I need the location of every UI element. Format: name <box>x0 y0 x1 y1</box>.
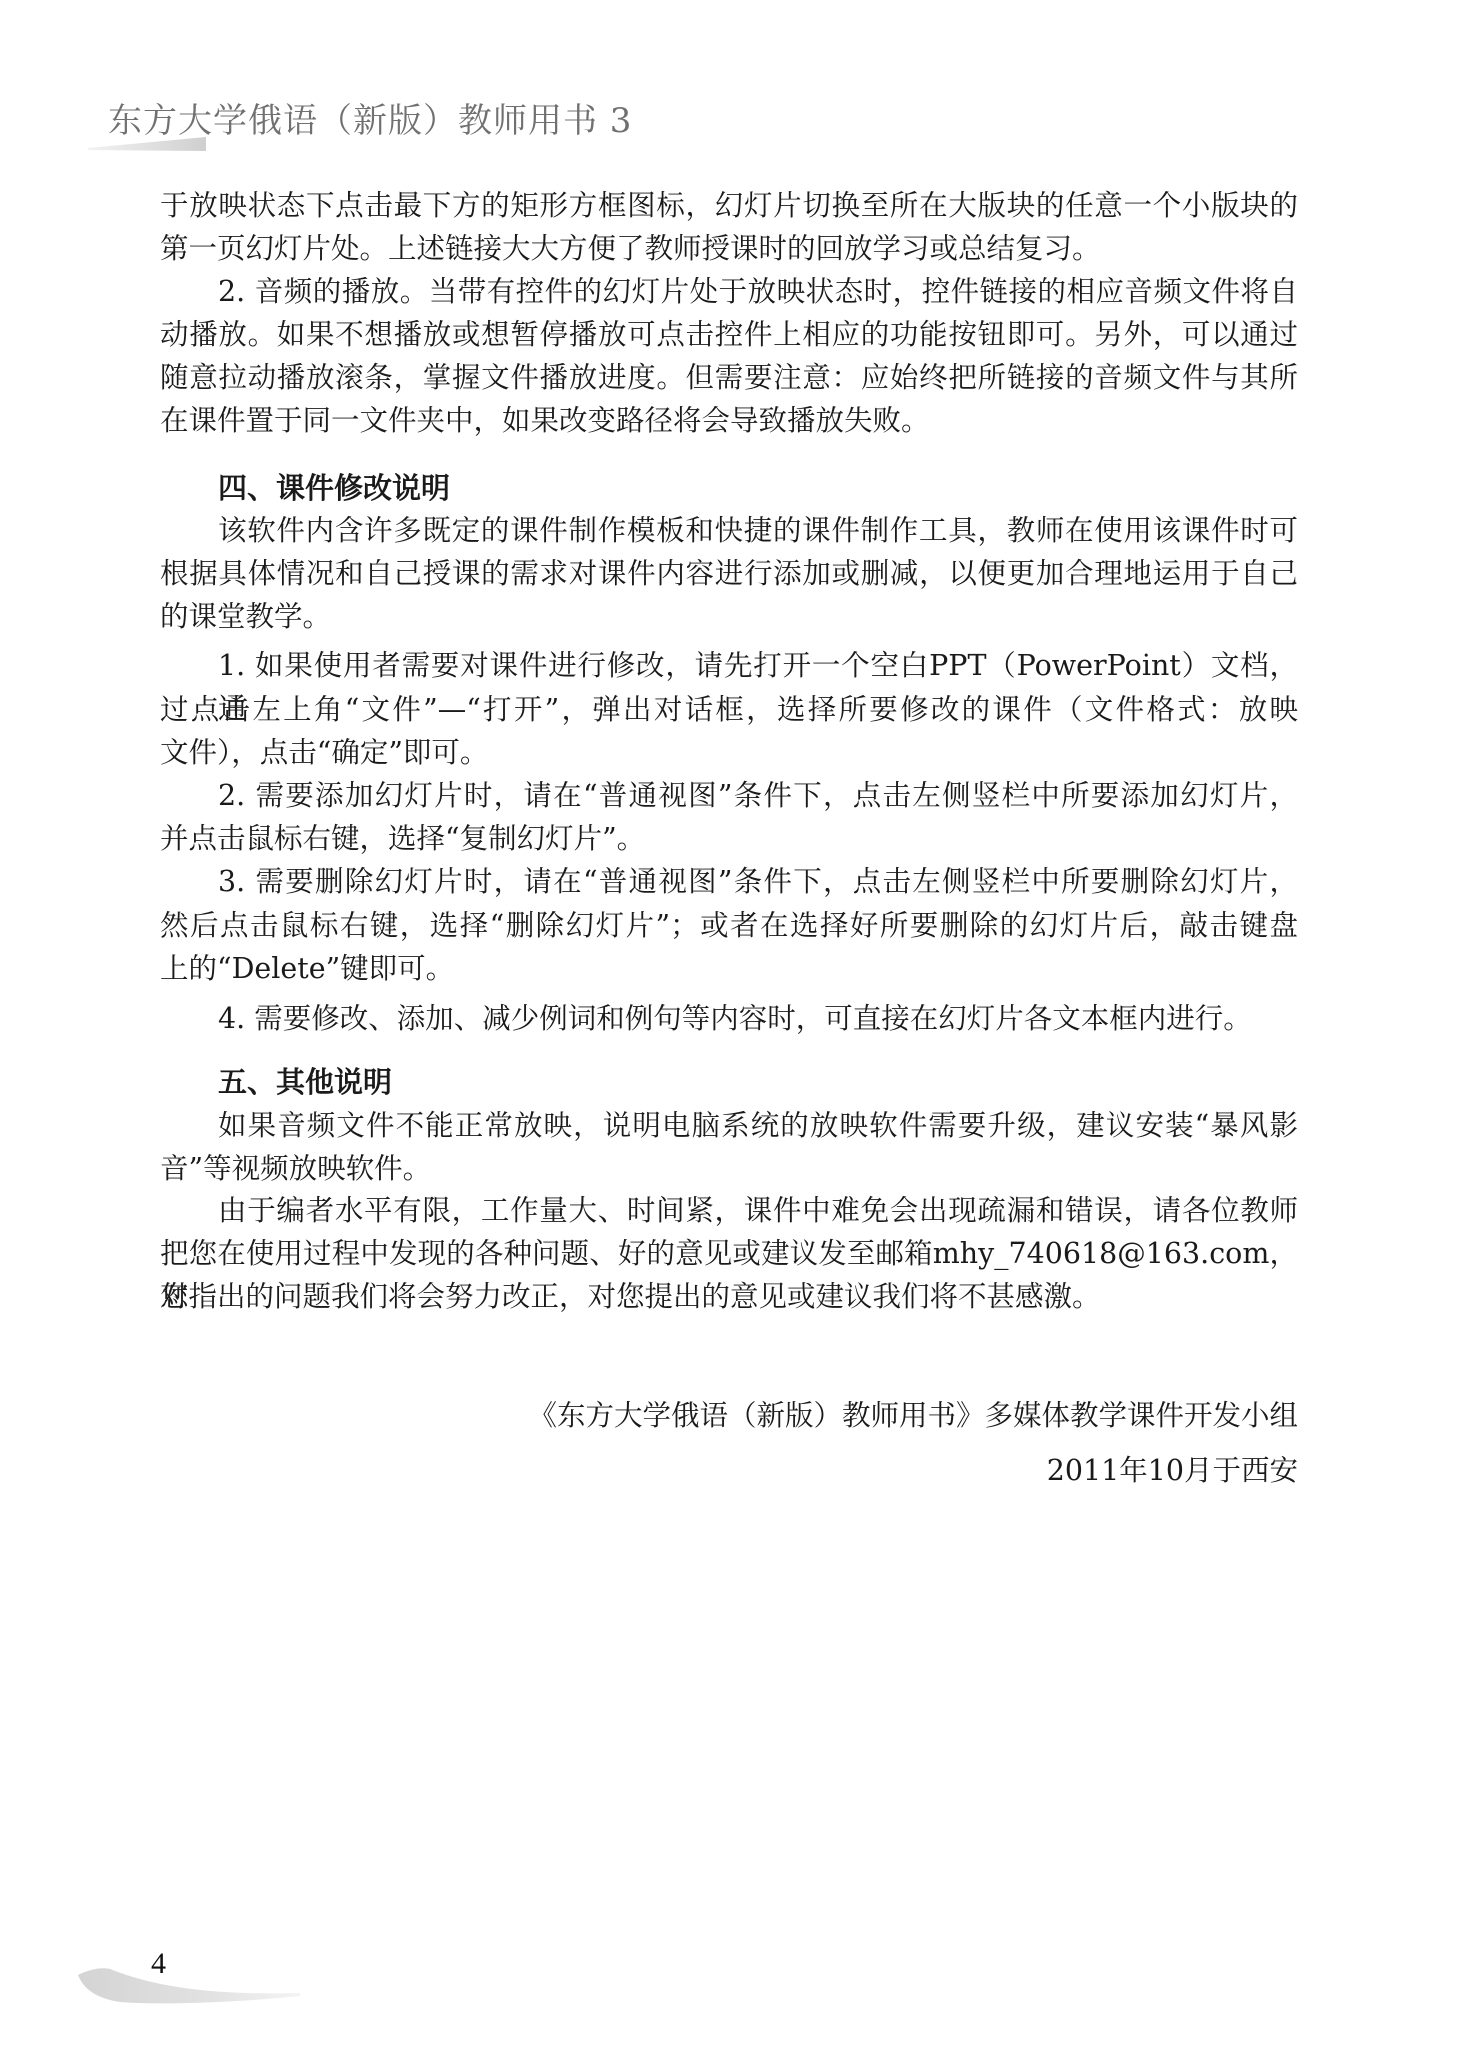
list-item-line: 3. 需要删除幻灯片时，请在“普通视图”条件下，点击左侧竖栏中所要删除幻灯片， <box>218 860 1298 903</box>
text-line: 您指出的问题我们将会努力改正，对您提出的意见或建议我们将不甚感激。 <box>160 1275 1298 1318</box>
text-line: 把您在使用过程中发现的各种问题、好的意见或建议发至邮箱mhy_740618@16… <box>160 1232 1298 1275</box>
text-line: 根据具体情况和自己授课的需求对课件内容进行添加或删减，以便更加合理地运用于自己 <box>160 552 1298 595</box>
text-line: 音”等视频放映软件。 <box>160 1147 1298 1190</box>
list-item-line: 4. 需要修改、添加、减少例词和例句等内容时，可直接在幻灯片各文本框内进行。 <box>218 997 1298 1040</box>
text-line: 于放映状态下点击最下方的矩形方框图标，幻灯片切换至所在大版块的任意一个小版块的 <box>160 184 1298 227</box>
list-item-line: 过点击左上角“文件”—“打开”，弹出对话框，选择所要修改的课件（文件格式：放映 <box>160 688 1298 731</box>
text-line: 第一页幻灯片处。上述链接大大方便了教师授课时的回放学习或总结复习。 <box>160 227 1298 270</box>
text-line: 动播放。如果不想播放或想暂停播放可点击控件上相应的功能按钮即可。另外，可以通过 <box>160 313 1298 356</box>
section-heading: 四、课件修改说明 <box>218 467 450 510</box>
text-line: 的课堂教学。 <box>160 595 1298 638</box>
list-item-line: 2. 需要添加幻灯片时，请在“普通视图”条件下，点击左侧竖栏中所要添加幻灯片， <box>218 774 1298 817</box>
text-line: 由于编者水平有限，工作量大、时间紧，课件中难免会出现疏漏和错误，请各位教师 <box>218 1189 1298 1232</box>
list-item-line: 上的“Delete”键即可。 <box>160 947 1298 990</box>
text-line: 2. 音频的播放。当带有控件的幻灯片处于放映状态时，控件链接的相应音频文件将自 <box>218 270 1298 313</box>
list-item-line: 文件），点击“确定”即可。 <box>160 731 1298 774</box>
footer-swoosh-decoration <box>70 1965 310 2010</box>
running-header: 东方大学俄语（新版）教师用书 3 <box>108 93 632 142</box>
list-item-line: 然后点击鼠标右键，选择“删除幻灯片”；或者在选择好所要删除的幻灯片后，敲击键盘 <box>160 904 1298 947</box>
text-line: 在课件置于同一文件夹中，如果改变路径将会导致播放失败。 <box>160 399 1298 442</box>
header-decoration-wedge <box>88 137 206 151</box>
section-heading: 五、其他说明 <box>218 1061 392 1104</box>
list-item-line: 并点击鼠标右键，选择“复制幻灯片”。 <box>160 817 1298 860</box>
signature-date-place: 2011年10月于西安 <box>1047 1449 1298 1492</box>
text-line: 随意拉动播放滚条，掌握文件播放进度。但需要注意：应始终把所链接的音频文件与其所 <box>160 356 1298 399</box>
text-line: 该软件内含许多既定的课件制作模板和快捷的课件制作工具，教师在使用该课件时可 <box>218 509 1298 552</box>
text-line: 如果音频文件不能正常放映，说明电脑系统的放映软件需要升级，建议安装“暴风影 <box>218 1104 1298 1147</box>
signature-group: 《东方大学俄语（新版）教师用书》多媒体教学课件开发小组 <box>528 1394 1298 1437</box>
list-item-line: 1. 如果使用者需要对课件进行修改，请先打开一个空白PPT（PowerPoint… <box>218 644 1298 687</box>
